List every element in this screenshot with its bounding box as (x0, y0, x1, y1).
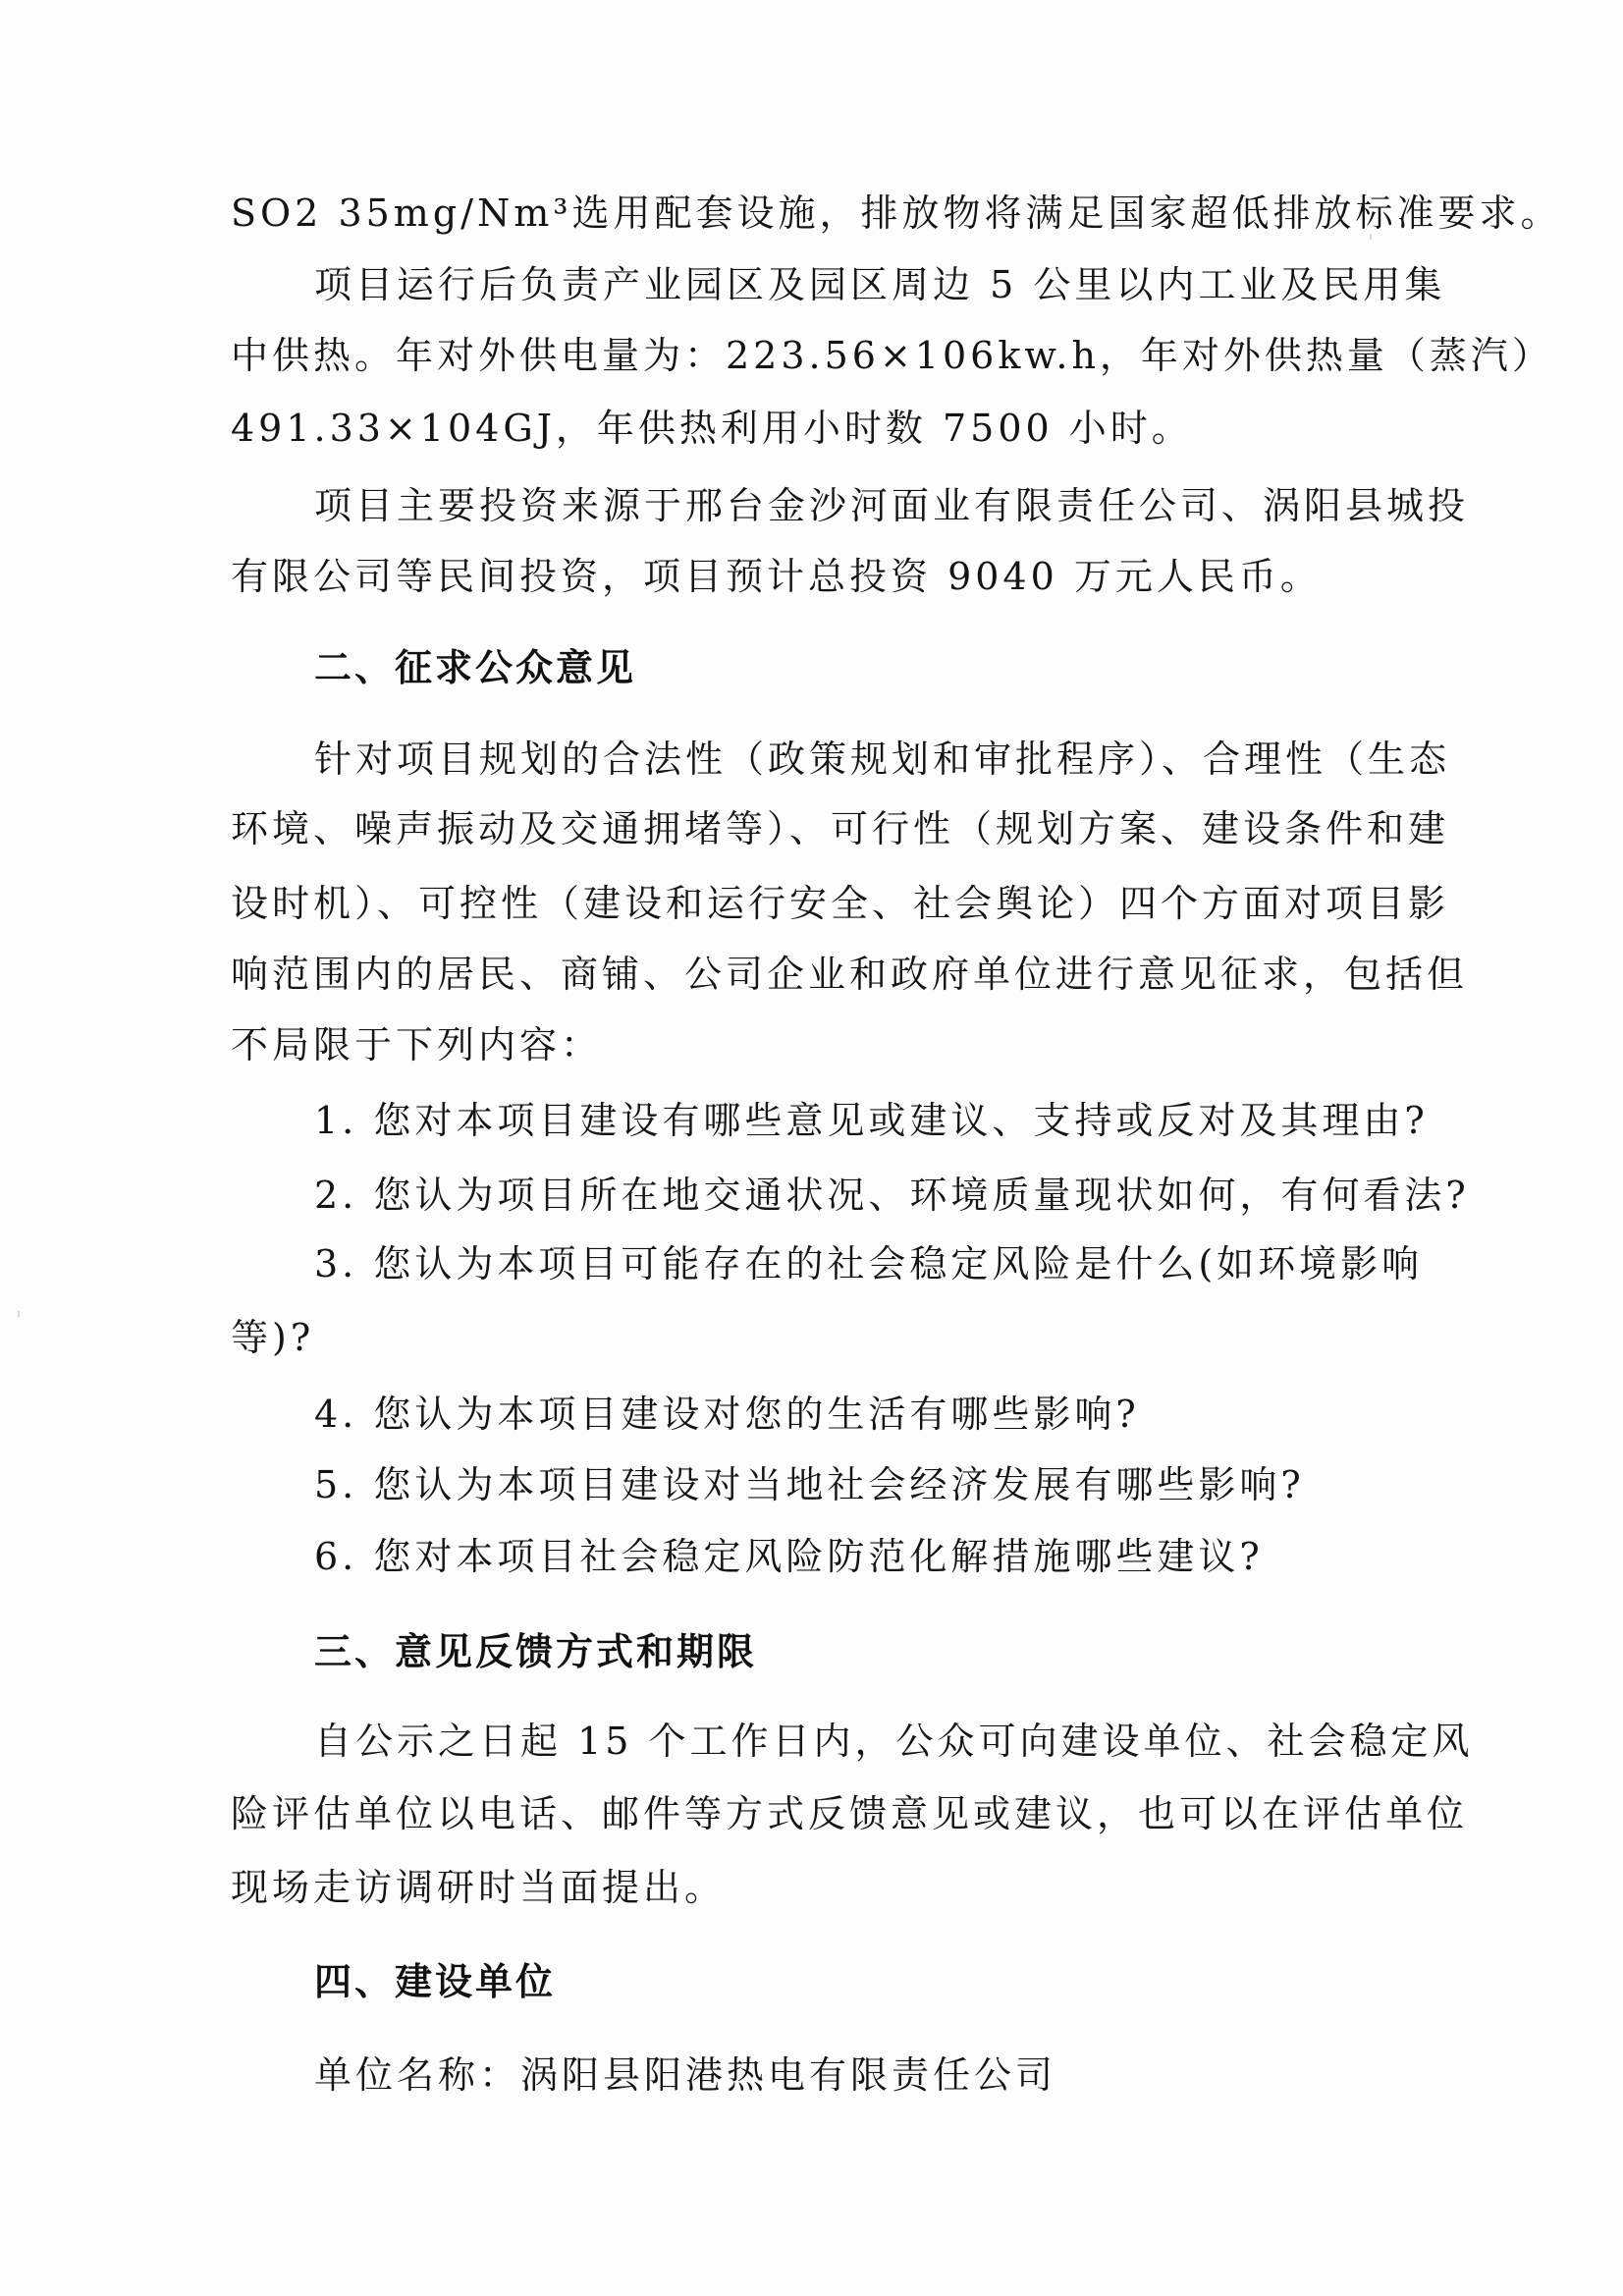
question-item: 3. 您认为本项目可能存在的社会稳定风险是什么(如环境影响 (314, 1240, 1360, 1287)
section-heading-public-opinion: 二、征求公众意见 (314, 644, 636, 691)
scan-artifact (18, 1311, 20, 1317)
paragraph-line: 环境、噪声振动及交通拥堵等）、可行性（规划方案、建设条件和建 (231, 805, 1360, 852)
question-item: 1. 您对本项目建设有哪些意见或建议、支持或反对及其理由? (314, 1097, 1429, 1144)
question-item-continuation: 等)? (231, 1314, 314, 1361)
paragraph-line: 项目主要投资来源于邢台金沙河面业有限责任公司、涡阳县城投 (314, 482, 1360, 529)
paragraph-line: 现场走访调研时当面提出。 (231, 1864, 726, 1911)
question-item: 4. 您认为本项目建设对您的生活有哪些影响? (314, 1391, 1140, 1438)
paragraph-line: 不局限于下列内容： (231, 1021, 602, 1068)
document-page: SO2 35mg/Nm³选用配套设施，排放物将满足国家超低排放标准要求。 项目运… (0, 0, 1623, 2296)
question-item: 6. 您对本项目社会稳定风险防范化解措施哪些建议? (314, 1533, 1264, 1580)
unit-name-line: 单位名称：涡阳县阳港热电有限责任公司 (314, 2051, 1056, 2099)
paragraph-line: SO2 35mg/Nm³选用配套设施，排放物将满足国家超低排放标准要求。 (231, 190, 1360, 237)
paragraph-line: 项目运行后负责产业园区及园区周边 5 公里以内工业及民用集 (314, 261, 1360, 308)
question-item: 5. 您认为本项目建设对当地社会经济发展有哪些影响? (314, 1461, 1305, 1508)
section-heading-feedback: 三、意见反馈方式和期限 (314, 1628, 757, 1675)
section-heading-construction-unit: 四、建设单位 (314, 1958, 556, 2005)
paragraph-line: 响范围内的居民、商铺、公司企业和政府单位进行意见征求，包括但 (231, 951, 1360, 998)
paragraph-line: 中供热。年对外供电量为：223.56×106kw.h，年对外供热量（蒸汽） (231, 332, 1360, 379)
question-item: 2. 您认为项目所在地交通状况、环境质量现状如何，有何看法? (314, 1172, 1470, 1219)
paragraph-line: 自公示之日起 15 个工作日内，公众可向建设单位、社会稳定风 (314, 1718, 1360, 1765)
paragraph-line: 491.33×104GJ，年供热利用小时数 7500 小时。 (231, 405, 1193, 452)
paragraph-line: 险评估单位以电话、邮件等方式反馈意见或建议，也可以在评估单位 (231, 1790, 1360, 1837)
paragraph-line: 有限公司等民间投资，项目预计总投资 9040 万元人民币。 (231, 553, 1322, 600)
paragraph-line: 设时机）、可控性（建设和运行安全、社会舆论）四个方面对项目影 (231, 880, 1360, 927)
paragraph-line: 针对项目规划的合法性（政策规划和审批程序）、合理性（生态 (314, 736, 1360, 783)
scan-artifact (1370, 234, 1372, 240)
